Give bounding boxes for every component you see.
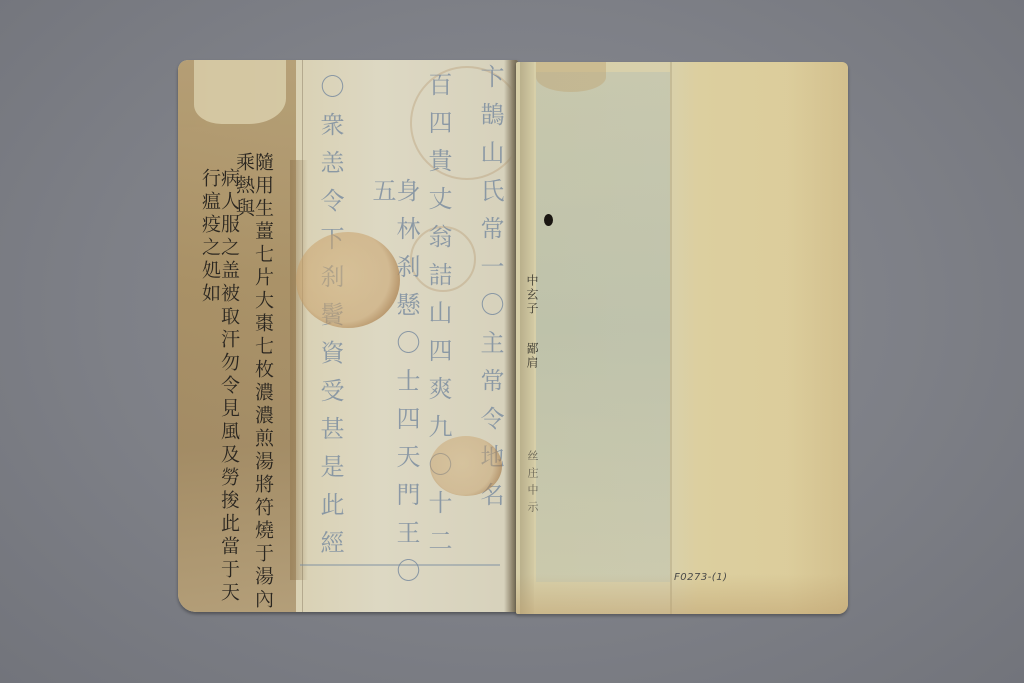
right-page: 中玄子 鄙肩 丝庄中示 F0273-(1): [516, 62, 848, 614]
inner-edge-strip: [520, 62, 534, 614]
panel-divider: [670, 62, 672, 614]
ink-blot: [544, 214, 553, 226]
faint-text-column: 百四貴丈翁詰山四爽九〇十二: [426, 72, 450, 566]
handwritten-note: 丝庄中示: [524, 450, 540, 518]
top-stain: [536, 62, 606, 92]
handwritten-note: 鄙肩: [524, 342, 541, 370]
ruled-line: [300, 564, 500, 566]
handwritten-note: 中玄子: [524, 274, 541, 316]
ink-text-column: 病人服之盖被取汗勿令見風及勞捘此當于天行瘟疫之処如: [200, 168, 238, 612]
paper-tear-edge: [290, 160, 308, 580]
blue-tinted-panel: [536, 72, 670, 582]
left-page: 〇衆恙令下刹鬢資受甚是此經 身林刹懸〇士四天門王〇五 百四貴丈翁詰山四爽九〇十二…: [178, 60, 518, 612]
water-stain-ring: [296, 232, 400, 328]
catalog-number: F0273-(1): [674, 572, 727, 583]
water-stain-ring: [430, 436, 502, 496]
fold-line: [302, 60, 303, 612]
edge-stain: [788, 62, 848, 614]
